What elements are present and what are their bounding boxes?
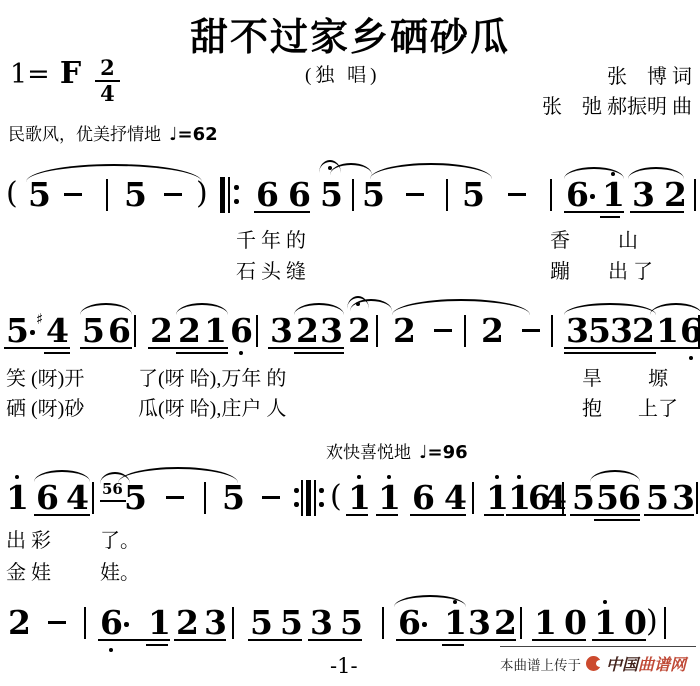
note: 5 [28, 180, 50, 210]
note: 6 [108, 316, 130, 346]
beam-underline [532, 639, 586, 641]
lyric-text: 了(呀 哈),万年 的 [138, 362, 286, 391]
octave-dot-above [387, 475, 391, 479]
slur [564, 303, 656, 315]
beam-underline [146, 644, 168, 646]
barline [664, 607, 666, 639]
site-logo-text: 中国曲谱网 [606, 652, 686, 675]
note: 5 [340, 608, 362, 638]
note: 6 [288, 180, 310, 210]
note: 5 [596, 483, 618, 513]
barline [106, 179, 108, 211]
note: 3 [310, 608, 332, 638]
beam-underline [294, 352, 344, 354]
octave-dot-below [109, 648, 113, 652]
note: 1 [148, 608, 170, 638]
barline [520, 607, 522, 639]
barline [472, 482, 474, 514]
repeat-dot [294, 488, 299, 493]
note: 6 [230, 316, 252, 346]
note: 4 [444, 483, 466, 513]
note: 0 [624, 608, 646, 638]
duration-dash [48, 621, 66, 624]
note: 5 [82, 316, 104, 346]
lyric-text: 石 头 缝 [236, 255, 306, 284]
beam-underline [396, 639, 466, 641]
barline [92, 482, 94, 514]
beam-underline [308, 639, 362, 641]
repeat-thick-bar [306, 480, 311, 516]
watermark: 本曲谱上传于 中国曲谱网 [500, 646, 696, 675]
beam-underline [174, 639, 226, 641]
note: 5 [124, 483, 146, 513]
note: 6 [680, 316, 700, 346]
page-title: 甜不过家乡硒砂瓜 [0, 6, 700, 61]
augmentation-dot [590, 194, 595, 199]
duration-dash [64, 193, 82, 196]
grace-notes: 56 [102, 482, 123, 497]
lyric-text: 硒 (呀)砂 [6, 392, 84, 421]
repeat-begin-thick-bar [220, 177, 225, 213]
note: 1 [378, 483, 400, 513]
note: 2 [481, 316, 503, 346]
beam-underline [484, 514, 504, 516]
note: 2 [348, 316, 370, 346]
octave-dot-above [517, 475, 521, 479]
repeat-dot [319, 488, 324, 493]
tempo-marking-2: 欢快喜悦地♩=96 [326, 438, 468, 463]
lyric-text: 上了 [638, 392, 678, 421]
note: 6 [100, 608, 122, 638]
beam-underline [148, 347, 228, 349]
parenthesis: ) [196, 178, 208, 210]
duration-dash [434, 329, 452, 332]
note: 1 [594, 608, 616, 638]
octave-dot-below [689, 356, 693, 360]
slur [392, 299, 530, 315]
note: 3 [468, 608, 490, 638]
subtitle-solo: (独 唱) [305, 60, 380, 87]
barline [382, 607, 384, 639]
meter-denominator: 4 [95, 82, 120, 106]
slur [370, 163, 492, 179]
duration-dash [522, 329, 540, 332]
beam-underline [176, 352, 228, 354]
sharp-sign: ♯ [36, 310, 43, 328]
note: 3 [566, 316, 588, 346]
beam-underline [34, 514, 90, 516]
watermark-text: 本曲谱上传于 [500, 654, 581, 674]
lyric-text: 出 了 [608, 255, 653, 284]
composer-credit: 张 弛 郝振明 曲 [542, 90, 692, 119]
note: 2 [176, 608, 198, 638]
note: 2 [8, 608, 30, 638]
slur [590, 470, 640, 482]
lyric-text: 了。 [100, 524, 140, 553]
note: 4 [46, 316, 68, 346]
repeat-thin-bar [301, 480, 303, 516]
beam-underline [526, 514, 566, 516]
note: 5 [124, 180, 146, 210]
note: 5 [588, 316, 610, 346]
parenthesis: ( [330, 481, 342, 513]
barline [551, 315, 553, 347]
note: 1 [348, 483, 370, 513]
lyric-text: 抱 [582, 392, 602, 421]
barline [376, 315, 378, 347]
slur [564, 167, 624, 179]
note: 3 [204, 608, 226, 638]
key-tonic: F [60, 56, 81, 91]
note: 4 [66, 483, 88, 513]
barline [446, 179, 448, 211]
lyric-text: 香 [550, 224, 570, 253]
beam-underline [594, 519, 640, 521]
repeat-dot [234, 185, 239, 190]
beam-underline [442, 644, 464, 646]
beam-underline [44, 352, 70, 354]
beam-underline [630, 211, 684, 213]
note: 5 [462, 180, 484, 210]
note: 5 [320, 180, 342, 210]
lyric-text: 瓜(呀 哈),庄户 人 [138, 392, 286, 421]
beam-underline [654, 347, 700, 349]
sheet-music-page: 甜不过家乡硒砂瓜 (独 唱) 1=F24 张 博 词 张 弛 郝振明 曲 民歌风… [0, 0, 700, 686]
duration-dash [164, 193, 182, 196]
note: 2 [296, 316, 318, 346]
tempo-marking-1: 民歌风，优美抒情地♩=62 [8, 120, 218, 145]
duration-dash [508, 193, 526, 196]
note: 1 [486, 483, 508, 513]
repeat-dot [234, 199, 239, 204]
barline [256, 315, 258, 347]
note: 3 [632, 180, 654, 210]
beam-underline [376, 514, 398, 516]
slur [650, 303, 700, 315]
beam-underline [80, 347, 132, 349]
beam-underline [100, 500, 126, 502]
beam-underline [346, 514, 368, 516]
tempo-2-bpm: ♩=96 [419, 442, 468, 463]
barline [204, 482, 206, 514]
lyric-text: 旱 [582, 362, 602, 391]
beam-underline [506, 514, 526, 516]
beam-underline [644, 514, 694, 516]
slur [294, 303, 344, 315]
barline [352, 179, 354, 211]
lyric-text: 山 [618, 224, 638, 253]
note: 2 [178, 316, 200, 346]
beam-underline [570, 514, 640, 516]
note: 1 [534, 608, 556, 638]
beam-underline [592, 639, 646, 641]
site-name-part1: 中国 [606, 657, 638, 674]
octave-dot-above [603, 600, 607, 604]
note: 6 [412, 483, 434, 513]
barline [696, 482, 698, 514]
note: 1 [508, 483, 530, 513]
slur [394, 595, 466, 607]
note: 5 [572, 483, 594, 513]
lyric-text: 塬 [648, 362, 668, 391]
note: 2 [664, 180, 686, 210]
repeat-begin-thin-bar [228, 177, 230, 213]
site-name-part2: 曲谱网 [638, 657, 686, 674]
note: 6 [256, 180, 278, 210]
time-signature: 24 [95, 56, 120, 106]
note: 2 [632, 316, 654, 346]
note: 5 [222, 483, 244, 513]
barline [550, 179, 552, 211]
note: 1 [204, 316, 226, 346]
barline [562, 482, 564, 514]
duration-dash [262, 496, 280, 499]
repeat-dot [294, 502, 299, 507]
note: 1 [656, 316, 678, 346]
lyric-text: 蹦 [550, 255, 570, 284]
note: 3 [672, 483, 694, 513]
note: 6 [398, 608, 420, 638]
slur [80, 303, 132, 315]
barline [694, 179, 696, 211]
duration-dash [406, 193, 424, 196]
beam-underline [466, 639, 516, 641]
note: 6 [618, 483, 640, 513]
tempo-1-label: 民歌风，优美抒情地 [8, 125, 161, 144]
augmentation-dot [422, 622, 427, 627]
note: 0 [564, 608, 586, 638]
tempo-1-bpm: ♩=62 [169, 124, 218, 145]
beam-underline [254, 211, 310, 213]
note: 5 [646, 483, 668, 513]
barline [232, 607, 234, 639]
lyric-text: 笑 (呀)开 [6, 362, 84, 391]
note: 6 [36, 483, 58, 513]
note: 3 [610, 316, 632, 346]
slur [628, 167, 684, 179]
barline [464, 315, 466, 347]
slur [176, 303, 228, 315]
note: 2 [494, 608, 516, 638]
slur [34, 470, 90, 482]
beam-underline [600, 216, 620, 218]
note: 5 [6, 316, 28, 346]
lyric-text: 金 娃 [6, 556, 51, 585]
beam-underline [564, 211, 624, 213]
note: 1 [444, 608, 466, 638]
parenthesis: ( [6, 178, 18, 210]
parenthesis: ) [646, 606, 658, 638]
octave-dot-above [15, 475, 19, 479]
tempo-2-label: 欢快喜悦地 [326, 443, 411, 462]
note: 6 [566, 180, 588, 210]
beam-underline [4, 347, 70, 349]
augmentation-dot [30, 330, 35, 335]
note: 3 [320, 316, 342, 346]
beam-underline [98, 639, 170, 641]
octave-dot-above [495, 475, 499, 479]
beam-underline [410, 514, 466, 516]
page-number: -1- [330, 654, 358, 678]
note: 5 [280, 608, 302, 638]
slur [118, 467, 238, 483]
note: 5 [250, 608, 272, 638]
lyric-text: 千 年 的 [236, 224, 306, 253]
note: 3 [270, 316, 292, 346]
note: 2 [393, 316, 415, 346]
lyric-text: 出 彩 [6, 524, 51, 553]
lyricist-credit: 张 博 词 [607, 60, 692, 89]
beam-underline [564, 347, 656, 349]
site-logo-icon [586, 656, 601, 671]
duration-dash [166, 496, 184, 499]
slur [26, 164, 202, 182]
note: 2 [150, 316, 172, 346]
barline [134, 315, 136, 347]
repeat-dot [319, 502, 324, 507]
key-signature: 1=F24 [10, 56, 120, 106]
barline [84, 607, 86, 639]
note: 5 [362, 180, 384, 210]
beam-underline [248, 639, 302, 641]
octave-dot-above [357, 475, 361, 479]
repeat-thin-bar [314, 480, 316, 516]
note: 1 [602, 180, 624, 210]
octave-dot-below [239, 351, 243, 355]
beam-underline [564, 352, 656, 354]
note: 1 [6, 483, 28, 513]
beam-underline [268, 347, 344, 349]
lyric-text: 娃。 [100, 556, 140, 585]
augmentation-dot [124, 622, 129, 627]
key-prefix: 1= [10, 59, 50, 90]
meter-numerator: 2 [95, 56, 120, 82]
